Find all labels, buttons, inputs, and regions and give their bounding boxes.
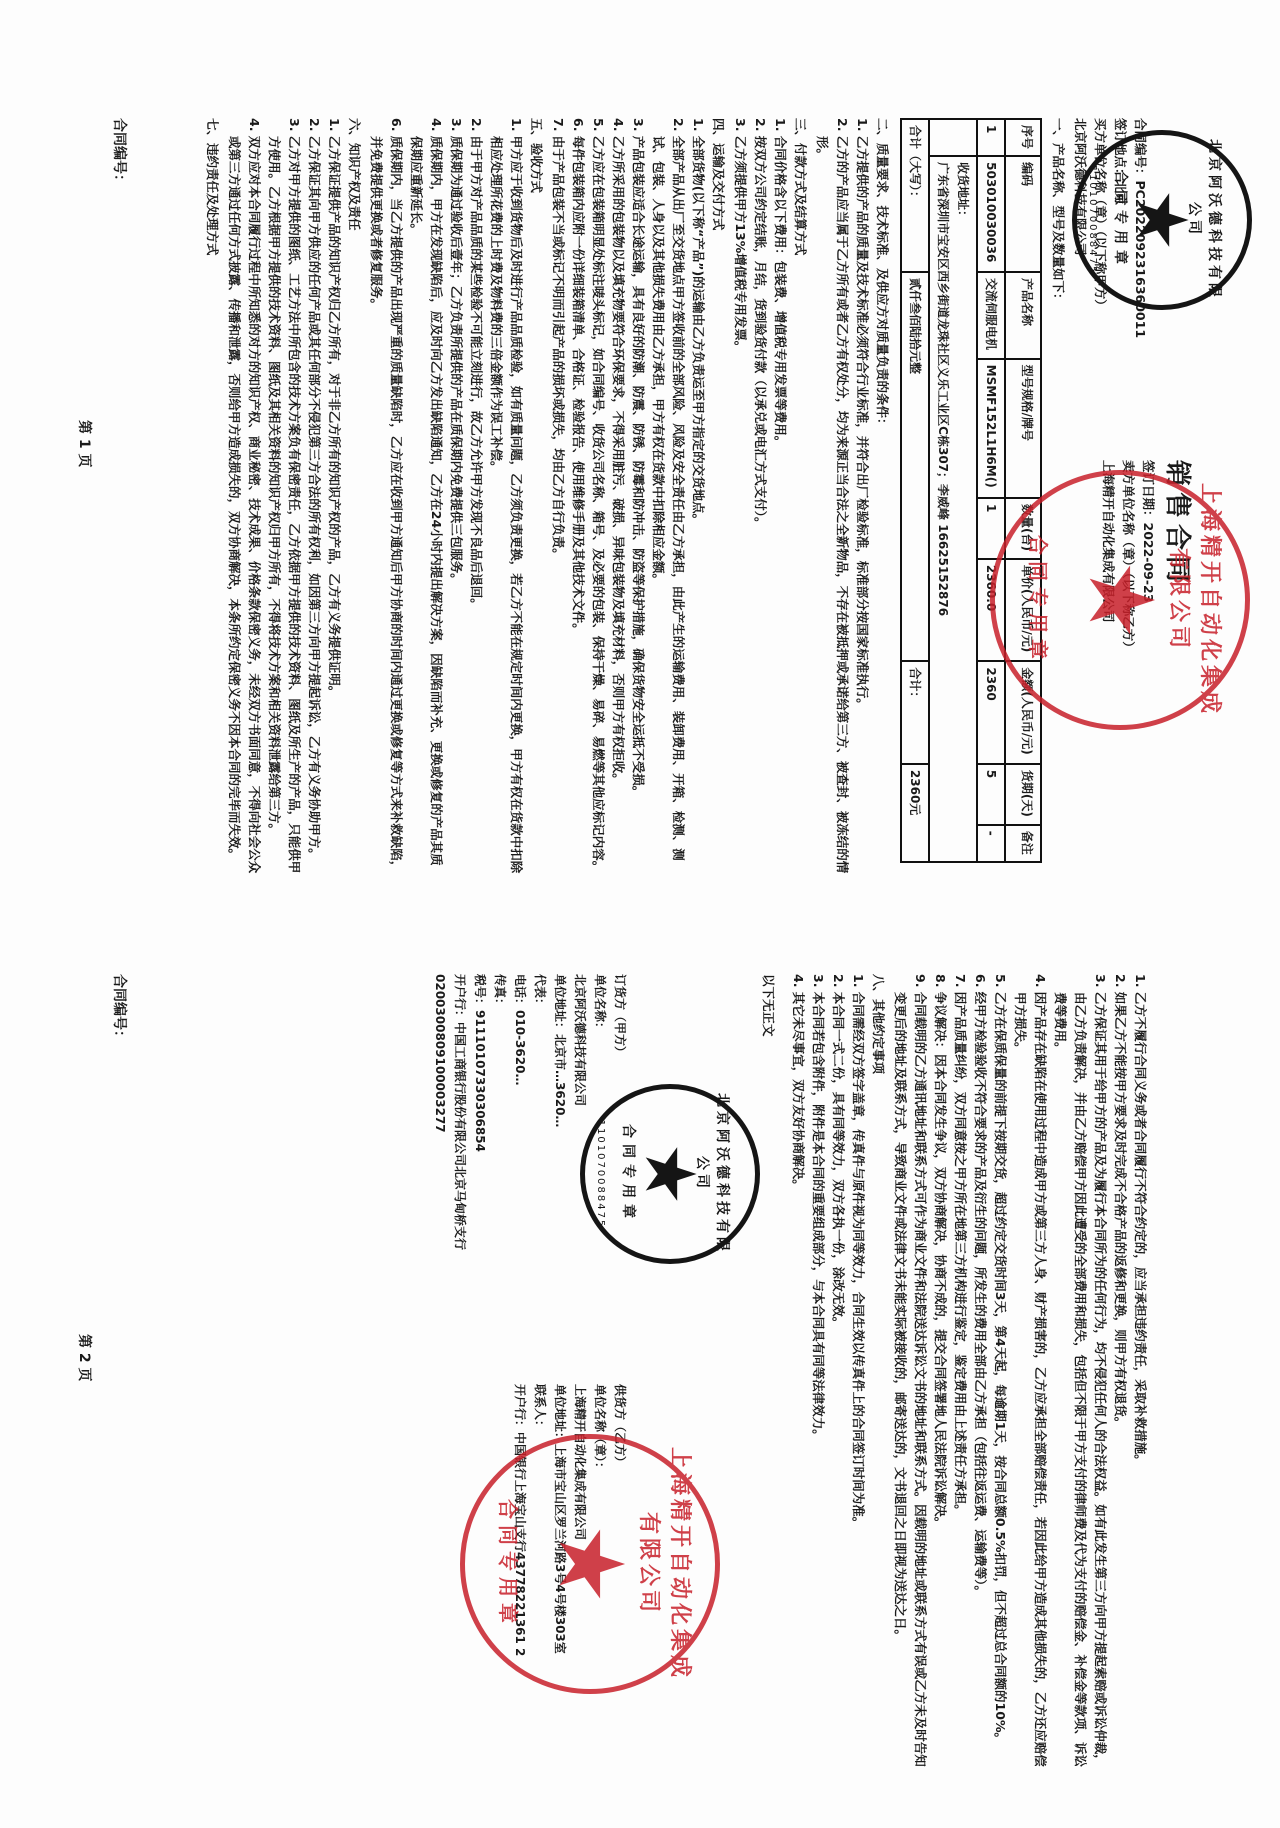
section4-clauses: 1. 全部货物(以下称“产品”)的运输由乙方负责运至甲方指定的交货地点。2. 全…	[548, 118, 708, 878]
total-row: 合计（大写）： 贰仟叁佰陆拾元整 合计： 2360元	[901, 119, 929, 862]
section3-clauses: 1. 合同价格含以下费用：包装费、增值税专用发票等费用。2. 按双方公司约定结账…	[730, 118, 790, 878]
clause: 1. 乙方保证提供产品的知识产权归乙方所有，对于非乙方所有的知识产权的产品，乙方…	[324, 118, 344, 878]
sign-info: 签订日期：2022-09-23 卖方单位名称（章）（以下称乙方） 上海精开自动化…	[1098, 460, 1158, 654]
column-header: 序号	[1005, 119, 1041, 156]
clause: 6. 经甲方检验验收不符合要求的产品及衍生的问题，所发生的费用全部由乙方承担（包…	[970, 974, 990, 1774]
clause: 2. 乙方的产品应当属于乙方所有或者乙方有权处分，均为来源正当合法之全新物品，不…	[812, 118, 852, 878]
page-number: 第 1 页	[75, 420, 95, 468]
buyer-tax-number: 91110107330306854	[473, 1010, 487, 1152]
clause: 2. 按双方公司约定结账，月结，货到验货付款（以承兑或电汇方式支付）。	[750, 118, 770, 878]
clause: 1. 合同价格含以下费用：包装费、增值税专用发票等费用。	[770, 118, 790, 878]
footer-contract-number: 合同编号：	[110, 974, 130, 1044]
seller-name: 上海精开自动化集成有限公司	[1098, 460, 1118, 654]
address-row: 收货地址： 广东省深圳市宝安区西乡街道龙珠社区义乐工业区C栋307；李威峰 16…	[929, 119, 977, 862]
no-more-text: 以下无正文	[758, 974, 778, 1774]
buyer-name: 北京阿沃德科技有限公司	[1070, 118, 1090, 878]
page2-body: 1. 乙方不履行合同义务或者合同履行不符合约定的，应当承担违约责任，采取补救措施…	[758, 974, 1150, 1774]
product-table: 序号编码产品名称型号规格/牌号数量(台)单价(人民币/元)金额(人民币/元)货期…	[900, 118, 1042, 863]
clause: 2. 全部产品从出厂至交货地点甲方签收前的全部风险、风险及安全责任由乙方承担，由…	[648, 118, 688, 878]
clause: 2. 由于甲方对产品品质的某些检验不可能立刻进行，故乙方允许甲方发现不良品后退回…	[466, 118, 486, 878]
contract-page-1: 销售合同 合同编号：PC2022092316360011 签订地点：北京 买方单…	[0, 0, 1280, 914]
seller-line: 卖方单位名称（章）（以下称乙方）	[1118, 460, 1138, 654]
seller-bank: 中国银行上海宝山支行43778221361 2	[513, 1432, 527, 1656]
clause: 2. 乙方保证其向甲方供应的任何产品或其任何部分不侵犯第三方合法的所有权利，如因…	[304, 118, 324, 878]
clause: 4. 乙方所采用的包装物以及填充物要符合环保要求，不得采用脏污、破损、异味包装物…	[608, 118, 628, 878]
page-number: 第 2 页	[75, 1334, 95, 1382]
column-header: 产品名称	[1005, 272, 1041, 359]
clause: 3. 产品包装应适合长途运输，具有良好的防潮、防震、防锈、防霉和防冲击、防盗等保…	[628, 118, 648, 878]
clause: 1. 乙方提供的产品的质量及技术标准必须符合行业标准，并符合出厂检验标准，标准部…	[852, 118, 872, 878]
clause: 2. 本合同一式二份，具有同等效力，双方各执一份，涂改无效。	[828, 974, 848, 1774]
clause: 5. 乙方应在包装箱明显处标注唛头标记，如合同编号、收货公司名称、箱号、及必要的…	[588, 118, 608, 878]
contract-page-2: 1. 乙方不履行合同义务或者合同履行不符合约定的，应当承担违约责任，采取补救措施…	[0, 914, 1280, 1828]
clause: 3. 乙方须提供甲方13%增值税专用发票。	[730, 118, 750, 878]
section6-title: 六、知识产权及责任	[344, 118, 364, 878]
footer-contract-number: 合同编号：	[110, 118, 130, 188]
clause: 6. 质保期内，当乙方提供的产品出现严重的质量缺陷时，乙方应在收到甲方通知后甲方…	[366, 118, 406, 878]
section4-title: 四、运输及交付方式	[708, 118, 728, 878]
column-header: 单价(人民币/元)	[1005, 559, 1041, 662]
column-header: 货期(天)	[1005, 764, 1041, 825]
section1-title: 一、产品名称、型号及数量如下：	[1048, 118, 1068, 878]
clause: 3. 乙方对甲方提供的图纸、工艺方法中所包含的技术方案负有保密责任，乙方依据甲方…	[264, 118, 304, 878]
star-icon: ★	[635, 1143, 705, 1206]
total-sum: 2360元	[901, 764, 929, 862]
shipping-address: 广东省深圳市宝安区西乡街道龙珠社区义乐工业区C栋307；李威峰 16625152…	[933, 162, 953, 856]
section3-title: 三、付款方式及结算方式	[790, 118, 810, 878]
column-header: 型号规格/牌号	[1005, 359, 1041, 498]
total-label: 合计（大写）：	[901, 119, 929, 272]
section5-clauses: 1. 甲方应于收到货物后及时进行产品品质检验，如有质量问题，乙方须负责更换，若乙…	[366, 118, 526, 878]
clause: 4. 其它未尽事宜，双方友好协商解决。	[788, 974, 808, 1774]
clause: 4. 质保期内，甲方在发现缺陷后，应及时向乙方发出缺陷通知，乙方在24小时内提出…	[406, 118, 446, 878]
clause: 7. 因产品质量纠纷，双方同意按之甲方所在地第三方机构进行鉴定，鉴定费用由上述责…	[950, 974, 970, 1774]
section8-clauses: 1. 合同需经双方签字盖章，传真件与原件视为同等效力，合同生效以传真件上的合同签…	[788, 974, 868, 1774]
clause: 3. 质保期为通过验收后壹年；乙方负责所提供的产品在质保期内免费提供三包服务。	[446, 118, 466, 878]
column-header: 备注	[1005, 825, 1041, 862]
buyer-unit-name: 北京阿沃德科技有限公司	[570, 974, 590, 1354]
sign-date: 签订日期：2022-09-23	[1138, 460, 1158, 654]
clause: 4. 因产品存在缺陷在使用过程中造成甲方或第三方人身、财产损害的，乙方应承担全部…	[1010, 974, 1050, 1774]
scanned-contract: 销售合同 合同编号：PC2022092316360011 签订地点：北京 买方单…	[0, 0, 1280, 1828]
clause: 9. 合同载明的乙方通讯地址和联系方式可作为商业文件和法院送达诉讼文书的地址和联…	[890, 974, 930, 1774]
total-upper: 贰仟叁佰陆拾元整	[901, 272, 929, 661]
column-header: 数量(台)	[1005, 498, 1041, 559]
column-header: 编码	[1005, 156, 1041, 272]
clause: 5. 乙方在保质保量的前提下按期交货，超过约定交货时间3天，第4天起，每逾期1天…	[990, 974, 1010, 1774]
section6-clauses: 1. 乙方保证提供产品的知识产权归乙方所有，对于非乙方所有的知识产权的产品，乙方…	[224, 118, 344, 878]
clause: 6. 每件包装箱内应附一份详细装箱清单、合格证、检验报告、使用维修手册及其他技术…	[568, 118, 588, 878]
seller-unit-name: 上海精开自动化集成有限公司	[570, 1384, 590, 1764]
breach-clauses: 1. 乙方不履行合同义务或者合同履行不符合约定的，应当承担违约责任，采取补救措施…	[890, 974, 1150, 1774]
clause: 2. 如果乙方不能按甲方要求及时完成不合格产品的返修和更换，则甲方有权退货。	[1110, 974, 1130, 1774]
clause: 1. 合同需经双方签字盖章，传真件与原件视为同等效力，合同生效以传真件上的合同签…	[848, 974, 868, 1774]
table-row: 1503010030036交流伺服电机MSMF152L1H6M()12360.0…	[977, 119, 1005, 862]
buyer-signature-block: 订货方（甲方） 单位名称： 北京阿沃德科技有限公司 单位地址：北京市…3620……	[430, 974, 630, 1354]
section7-title: 七、违约责任及处理方式	[202, 118, 222, 878]
clause: 3. 本合同若包含附件，附件是本合同的重要组成部分，与本合同具有同等法律效力。	[808, 974, 828, 1774]
section8-title: 八、其他约定事项	[868, 974, 888, 1774]
clause: 7. 由于产品包装不当或标记不明而引起产品的损坏或损失，均由乙方自行负责。	[548, 118, 568, 878]
section2-clauses: 1. 乙方提供的产品的质量及技术标准必须符合行业标准，并符合出厂检验标准，标准部…	[812, 118, 872, 878]
clause: 1. 全部货物(以下称“产品”)的运输由乙方负责运至甲方指定的交货地点。	[688, 118, 708, 878]
clause: 1. 甲方应于收到货物后及时进行产品品质检验，如有质量问题，乙方须负责更换，若乙…	[486, 118, 526, 878]
page1-body: 合同编号：PC2022092316360011 签订地点：北京 买方单位名称（章…	[202, 118, 1150, 878]
table-header-row: 序号编码产品名称型号规格/牌号数量(台)单价(人民币/元)金额(人民币/元)货期…	[1005, 119, 1041, 862]
column-header: 金额(人民币/元)	[1005, 661, 1041, 764]
section5-title: 五、验收方式	[526, 118, 546, 878]
clause: 3. 乙方保证其用于给甲方的产品及为履行本合同所为的任何行为，均不侵犯任何人的合…	[1050, 974, 1110, 1774]
clause: 8. 争议解决：因本合同发生争议，双方协商解决，协商不成的，提交合同签署地人民法…	[930, 974, 950, 1774]
seller-signature-block: 供货方（乙方） 单位名称（章）： 上海精开自动化集成有限公司 单位地址：上海市宝…	[510, 1384, 630, 1764]
clause: 4. 双方应对本合同履行过程中所知悉的对方的知识产权、商业秘密、技术成果、价格条…	[224, 118, 264, 878]
address-label: 收货地址：	[953, 162, 973, 856]
clause: 1. 乙方不履行合同义务或者合同履行不符合约定的，应当承担违约责任，采取补救措施…	[1130, 974, 1150, 1774]
document-title: 销售合同	[1161, 460, 1198, 588]
section2-title: 二、质量要求、技术标准、及供应方对质量负责的条件：	[872, 118, 892, 878]
